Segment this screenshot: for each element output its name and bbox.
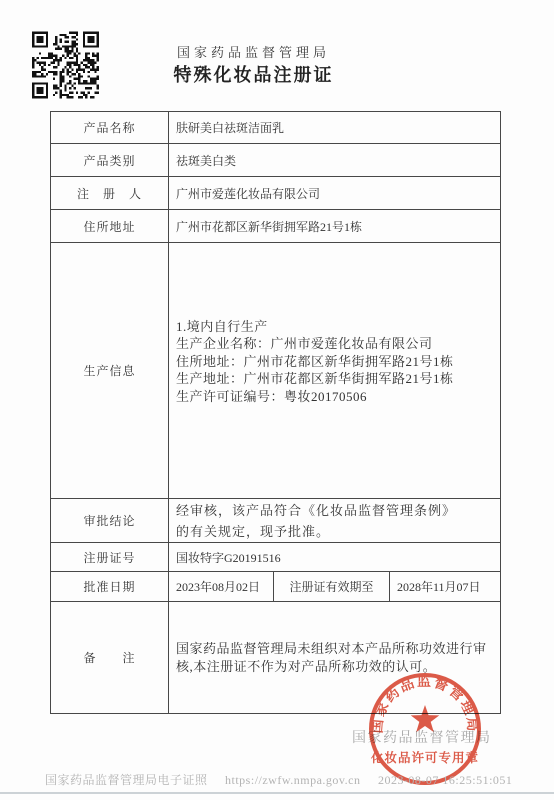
product-category-label: 产品类别 <box>51 144 169 177</box>
table-row: 审批结论 经审核，该产品符合《化妆品监督管理条例》 的有关规定，现予批准。 <box>51 499 501 543</box>
production-residence-line: 住所地址：广州市花都区新华街拥军路21号1栋 <box>176 353 494 371</box>
certificate-title: 特殊化妆品注册证 <box>0 64 507 87</box>
remarks-label: 备 注 <box>51 602 169 714</box>
production-license-line: 生产许可证编号：粤妆20170506 <box>176 388 494 406</box>
registration-number-value: 国妆特字G20191516 <box>169 543 501 572</box>
certificate-page: 国家药品监督管理局 特殊化妆品注册证 产品名称 肤研美白祛斑洁面乳 产品类别 祛… <box>0 0 554 800</box>
star-icon <box>411 705 440 732</box>
table-row: 生产信息 1.境内自行生产 生产企业名称：广州市爱莲化妆品有限公司 住所地址：广… <box>51 243 501 499</box>
table-row: 注 册 人 广州市爱莲化妆品有限公司 <box>51 177 501 210</box>
registrant-label: 注 册 人 <box>51 177 169 210</box>
registered-address-value: 广州市花都区新华街拥军路21号1栋 <box>169 210 501 243</box>
footer-timestamp: 2023-08-07 16:25:51:051 <box>378 773 513 787</box>
production-address-line: 生产地址：广州市花都区新华街拥军路21号1栋 <box>176 370 494 388</box>
production-company-line: 生产企业名称：广州市爱莲化妆品有限公司 <box>176 335 494 353</box>
production-info-value: 1.境内自行生产 生产企业名称：广州市爱莲化妆品有限公司 住所地址：广州市花都区… <box>169 243 501 499</box>
product-category-value: 祛斑美白类 <box>169 144 501 177</box>
validity-value: 2028年11月07日 <box>390 572 501 602</box>
table-row: 产品类别 祛斑美白类 <box>51 144 501 177</box>
validity-label: 注册证有效期至 <box>274 572 390 602</box>
approval-conclusion-line: 经审核，该产品符合《化妆品监督管理条例》 <box>176 500 494 521</box>
approval-conclusion-label: 审批结论 <box>51 499 169 543</box>
certificate-table: 产品名称 肤研美白祛斑洁面乳 产品类别 祛斑美白类 注 册 人 广州市爱莲化妆品… <box>50 111 501 714</box>
registered-address-label: 住所地址 <box>51 210 169 243</box>
table-row: 产品名称 肤研美白祛斑洁面乳 <box>51 112 501 144</box>
certificate-header: 国家药品监督管理局 特殊化妆品注册证 <box>0 44 507 87</box>
production-info-label: 生产信息 <box>51 243 169 499</box>
approval-conclusion-value: 经审核，该产品符合《化妆品监督管理条例》 的有关规定，现予批准。 <box>169 499 501 543</box>
product-name-value: 肤研美白祛斑洁面乳 <box>169 112 501 144</box>
footer-license-text: 国家药品监督管理局电子证照 <box>45 773 208 787</box>
production-type-line: 1.境内自行生产 <box>176 318 494 336</box>
registrant-value: 广州市爱莲化妆品有限公司 <box>169 177 501 210</box>
table-row: 批准日期 2023年08月02日 注册证有效期至 2028年11月07日 <box>51 572 501 602</box>
footer-url: https://zwfw.nmpa.gov.cn <box>225 773 360 787</box>
approval-date-label: 批准日期 <box>51 572 169 602</box>
issuing-agency: 国家药品监督管理局 <box>0 44 507 61</box>
bottom-divider <box>0 792 554 794</box>
seal-bottom-text: 化妆品许可专用章 <box>370 750 479 765</box>
footer-line: 国家药品监督管理局电子证照 https://zwfw.nmpa.gov.cn 2… <box>45 771 526 788</box>
registration-number-label: 注册证号 <box>51 543 169 572</box>
approval-date-value: 2023年08月02日 <box>169 572 274 602</box>
product-name-label: 产品名称 <box>51 112 169 144</box>
table-row: 注册证号 国妆特字G20191516 <box>51 543 501 572</box>
remarks-line: 国家药品监督管理局未组织对本产品所称功效进行审 <box>176 640 494 658</box>
approval-conclusion-line: 的有关规定，现予批准。 <box>176 521 494 542</box>
table-row: 住所地址 广州市花都区新华街拥军路21号1栋 <box>51 210 501 243</box>
